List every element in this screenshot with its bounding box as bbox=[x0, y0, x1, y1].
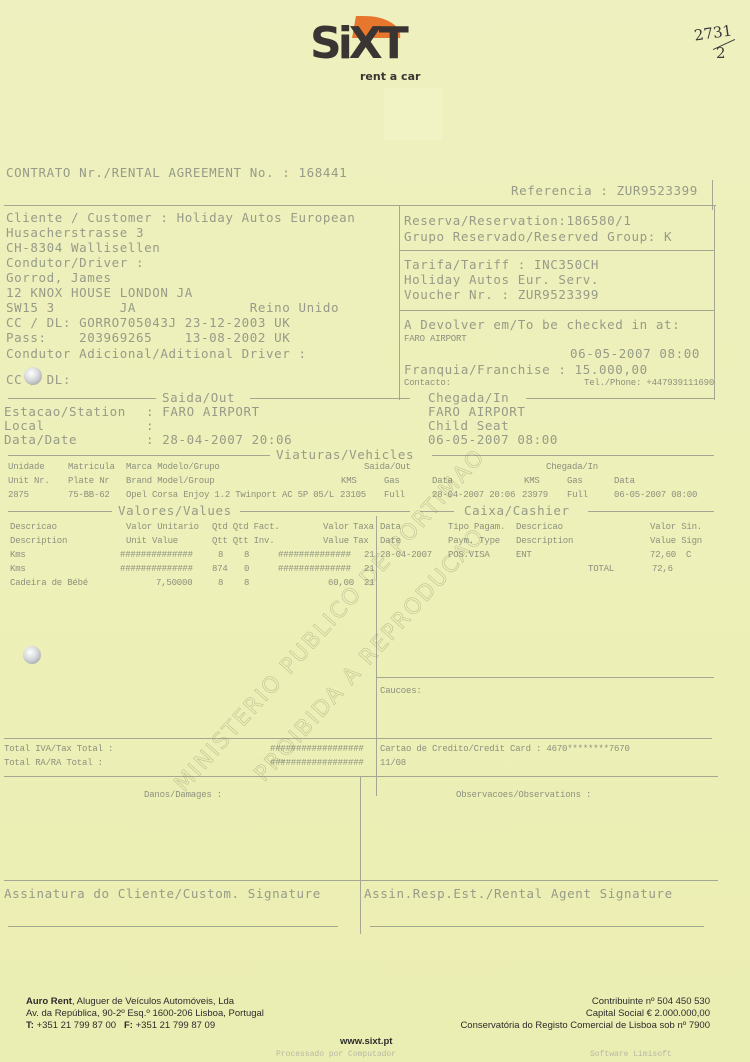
divider bbox=[4, 205, 716, 206]
values-section-title: Valores/Values bbox=[118, 503, 232, 518]
sixt-logo: SiXT rent a car bbox=[308, 16, 448, 86]
divider bbox=[8, 455, 270, 456]
divider bbox=[8, 511, 112, 512]
driver-name: Gorrod, James bbox=[6, 270, 112, 285]
punch-hole bbox=[24, 367, 42, 385]
col-header: Description bbox=[516, 536, 573, 546]
col-header: Valor bbox=[323, 522, 349, 532]
driver-address: 12 KNOX HOUSE LONDON JA bbox=[6, 285, 193, 300]
col-header: Unidade bbox=[8, 462, 44, 472]
item-qty-invoiced: 8 bbox=[244, 550, 249, 560]
customer-signature-label: Assinatura do Cliente/Custom. Signature bbox=[4, 886, 321, 901]
ra-total-label: Total RA/RA Total : bbox=[4, 758, 103, 768]
website-link[interactable]: www.sixt.pt bbox=[340, 1036, 392, 1047]
out-local: : bbox=[146, 418, 154, 433]
observations-label: Observacoes/Observations : bbox=[456, 790, 591, 800]
col-header: Taxa bbox=[353, 522, 374, 532]
out-section-title: Saida/Out bbox=[162, 390, 235, 405]
col-header: Value bbox=[323, 536, 349, 546]
vehicles-section-title: Viaturas/Vehicles bbox=[276, 447, 414, 462]
col-header: Gas bbox=[567, 476, 583, 486]
col-header: Qtd Qtd Fact. bbox=[212, 522, 280, 532]
reference-number: Referencia : ZUR9523399 bbox=[511, 183, 698, 198]
item-qty: 874 bbox=[212, 564, 228, 574]
in-section-title: Chegada/In bbox=[428, 390, 509, 405]
credit-card: Cartao de Credito/Credit Card : 4670****… bbox=[380, 744, 630, 754]
tax-total-label: Total IVA/Tax Total : bbox=[4, 744, 113, 754]
group-header-in: Chegada/In bbox=[546, 462, 598, 472]
customer-line: Husacherstrasse 3 bbox=[6, 225, 144, 240]
item-qty: 8 bbox=[218, 578, 223, 588]
item-description: Kms bbox=[10, 564, 26, 574]
rental-agreement-document: SiXT rent a car 2731 2 CONTRATO Nr./RENT… bbox=[0, 0, 750, 1062]
gas-in: Full bbox=[567, 490, 588, 500]
driver-passport: Pass: 203969265 13-08-2002 UK bbox=[6, 330, 290, 345]
agent-signature-line bbox=[370, 926, 704, 927]
company-phone: +351 21 799 87 00 bbox=[37, 1020, 117, 1031]
item-qty-invoiced: 8 bbox=[244, 578, 249, 588]
col-header: Gas bbox=[384, 476, 400, 486]
group-header-out: Saida/Out bbox=[364, 462, 411, 472]
divider bbox=[250, 398, 410, 399]
logo-tagline: rent a car bbox=[360, 70, 420, 83]
col-header: Descricao bbox=[10, 522, 57, 532]
kms-out: 23105 bbox=[340, 490, 366, 500]
additional-driver-label: Condutor Adicional/Aditional Driver : bbox=[6, 346, 307, 361]
divider bbox=[399, 310, 714, 311]
divider bbox=[360, 776, 361, 934]
date-in: 06-05-2007 08:00 bbox=[614, 490, 697, 500]
col-header: Value Sign bbox=[650, 536, 702, 546]
local-label: Local bbox=[4, 418, 45, 433]
item-description: Cadeira de Bébé bbox=[10, 578, 88, 588]
driver-license: CC / DL: GORRO705043J 23-12-2003 UK bbox=[6, 315, 290, 330]
divider bbox=[399, 205, 400, 400]
divider bbox=[8, 398, 156, 399]
item-unit-value: ############## bbox=[120, 564, 193, 574]
cashier-section-title: Caixa/Cashier bbox=[464, 503, 570, 518]
payment-sign: C bbox=[686, 550, 691, 560]
deposits-label: Caucoes: bbox=[380, 686, 422, 696]
cashier-total-value: 72,6 bbox=[652, 564, 673, 574]
in-date: 06-05-2007 08:00 bbox=[428, 432, 558, 447]
software-note: Software Limisoft bbox=[590, 1050, 672, 1059]
driver-label: Condutor/Driver : bbox=[6, 255, 144, 270]
payment-value: 72,60 bbox=[650, 550, 676, 560]
divider bbox=[399, 250, 714, 251]
divider bbox=[376, 677, 714, 678]
item-qty-invoiced: 0 bbox=[244, 564, 249, 574]
col-header: Brand Model/Group bbox=[126, 476, 214, 486]
divider bbox=[526, 398, 714, 399]
logo-wordmark: SiXT bbox=[310, 22, 405, 66]
item-value: ############## bbox=[278, 550, 351, 560]
col-header: Descricao bbox=[516, 522, 563, 532]
copy-type-label: TRIPLICADO bbox=[0, 449, 1, 520]
in-local: Child Seat bbox=[428, 418, 509, 433]
out-date: : 28-04-2007 20:06 bbox=[146, 432, 292, 447]
divider bbox=[714, 205, 715, 400]
contact-phone: Tel./Phone: +447939111690 bbox=[584, 378, 714, 388]
cashier-total-label: TOTAL bbox=[588, 564, 614, 574]
company-name: Auro Rent bbox=[26, 996, 72, 1007]
printed-by-note: Processado por Computador bbox=[276, 1050, 396, 1059]
col-header: Description bbox=[10, 536, 67, 546]
checkin-station: FARO AIRPORT bbox=[404, 334, 466, 344]
station-label: Estacao/Station bbox=[4, 404, 126, 419]
checkin-date: 06-05-2007 08:00 bbox=[570, 346, 700, 361]
kms-in: 23979 bbox=[522, 490, 548, 500]
col-header: Data bbox=[614, 476, 635, 486]
checkin-label: A Devolver em/To be checked in at: bbox=[404, 317, 680, 332]
divider bbox=[4, 880, 718, 881]
redacted-area bbox=[384, 88, 442, 140]
agreement-number: CONTRATO Nr./RENTAL AGREEMENT No. : 1684… bbox=[6, 165, 347, 180]
handwritten-sub: 2 bbox=[716, 44, 726, 62]
company-contacts: T: +351 21 799 87 00 F: +351 21 799 87 0… bbox=[26, 1020, 215, 1031]
col-header: Matricula bbox=[68, 462, 115, 472]
vehicle-model: Opel Corsa Enjoy 1.2 Twinport AC 5P 05/L bbox=[126, 490, 334, 500]
fax-label: F: bbox=[124, 1020, 133, 1031]
payment-description: ENT bbox=[516, 550, 532, 560]
voucher-number: Voucher Nr. : ZUR9523399 bbox=[404, 287, 599, 302]
col-header: Unit Nr. bbox=[8, 476, 50, 486]
taxpayer-number: Contribuinte nº 504 450 530 bbox=[592, 996, 710, 1007]
credit-card-expiry: 11/08 bbox=[380, 758, 406, 768]
item-unit-value: 7,50000 bbox=[156, 578, 192, 588]
company-address: Av. da República, 90-2º Esq.º 1600-206 L… bbox=[26, 1008, 264, 1019]
item-qty: 8 bbox=[218, 550, 223, 560]
divider bbox=[4, 738, 712, 739]
company-description: , Aluguer de Veículos Automóveis, Lda bbox=[72, 996, 234, 1007]
company-fax: +351 21 799 87 09 bbox=[136, 1020, 216, 1031]
col-header: Unit Value bbox=[126, 536, 178, 546]
share-capital: Capital Social € 2.000.000,00 bbox=[586, 1008, 710, 1019]
col-header: KMS bbox=[341, 476, 357, 486]
punch-hole bbox=[23, 646, 41, 664]
franchise: Franquia/Franchise : 15.000,00 bbox=[404, 362, 648, 377]
phone-label: T: bbox=[26, 1020, 34, 1031]
item-description: Kms bbox=[10, 550, 26, 560]
tariff-description: Holiday Autos Eur. Serv. bbox=[404, 272, 599, 287]
unit-number: 2875 bbox=[8, 490, 29, 500]
out-station: : FARO AIRPORT bbox=[146, 404, 260, 419]
reservation-number: Reserva/Reservation:186580/1 bbox=[404, 213, 632, 228]
item-value: ############## bbox=[278, 564, 351, 574]
col-header: Marca Modelo/Grupo bbox=[126, 462, 220, 472]
reserved-group: Grupo Reservado/Reserved Group: K bbox=[404, 229, 672, 244]
customer-line: Cliente / Customer : Holiday Autos Europ… bbox=[6, 210, 355, 225]
customer-line: CH-8304 Wallisellen bbox=[6, 240, 160, 255]
col-header: KMS bbox=[524, 476, 540, 486]
divider bbox=[4, 776, 718, 777]
divider bbox=[240, 511, 410, 512]
tariff: Tarifa/Tariff : INC350CH bbox=[404, 257, 599, 272]
plate-number: 75-BB-62 bbox=[68, 490, 110, 500]
date-label: Data/Date bbox=[4, 432, 77, 447]
col-header: Qtt Qtt Inv. bbox=[212, 536, 274, 546]
divider bbox=[588, 511, 714, 512]
col-header: Tax bbox=[353, 536, 369, 546]
company-name-line: Auro Rent, Aluguer de Veículos Automóvei… bbox=[26, 996, 234, 1007]
col-header: Valor Sin. bbox=[650, 522, 702, 532]
gas-out: Full bbox=[384, 490, 405, 500]
in-station: FARO AIRPORT bbox=[428, 404, 526, 419]
col-header: Plate Nr bbox=[68, 476, 110, 486]
driver-postcode: SW15 3 JA Reino Unido bbox=[6, 300, 339, 315]
contact-label: Contacto: bbox=[404, 378, 451, 388]
agent-signature-label: Assin.Resp.Est./Rental Agent Signature bbox=[364, 886, 673, 901]
customer-signature-line bbox=[8, 926, 338, 927]
item-unit-value: ############## bbox=[120, 550, 193, 560]
commercial-registry: Conservatória do Registo Comercial de Li… bbox=[460, 1020, 710, 1031]
col-header: Valor Unitario bbox=[126, 522, 199, 532]
